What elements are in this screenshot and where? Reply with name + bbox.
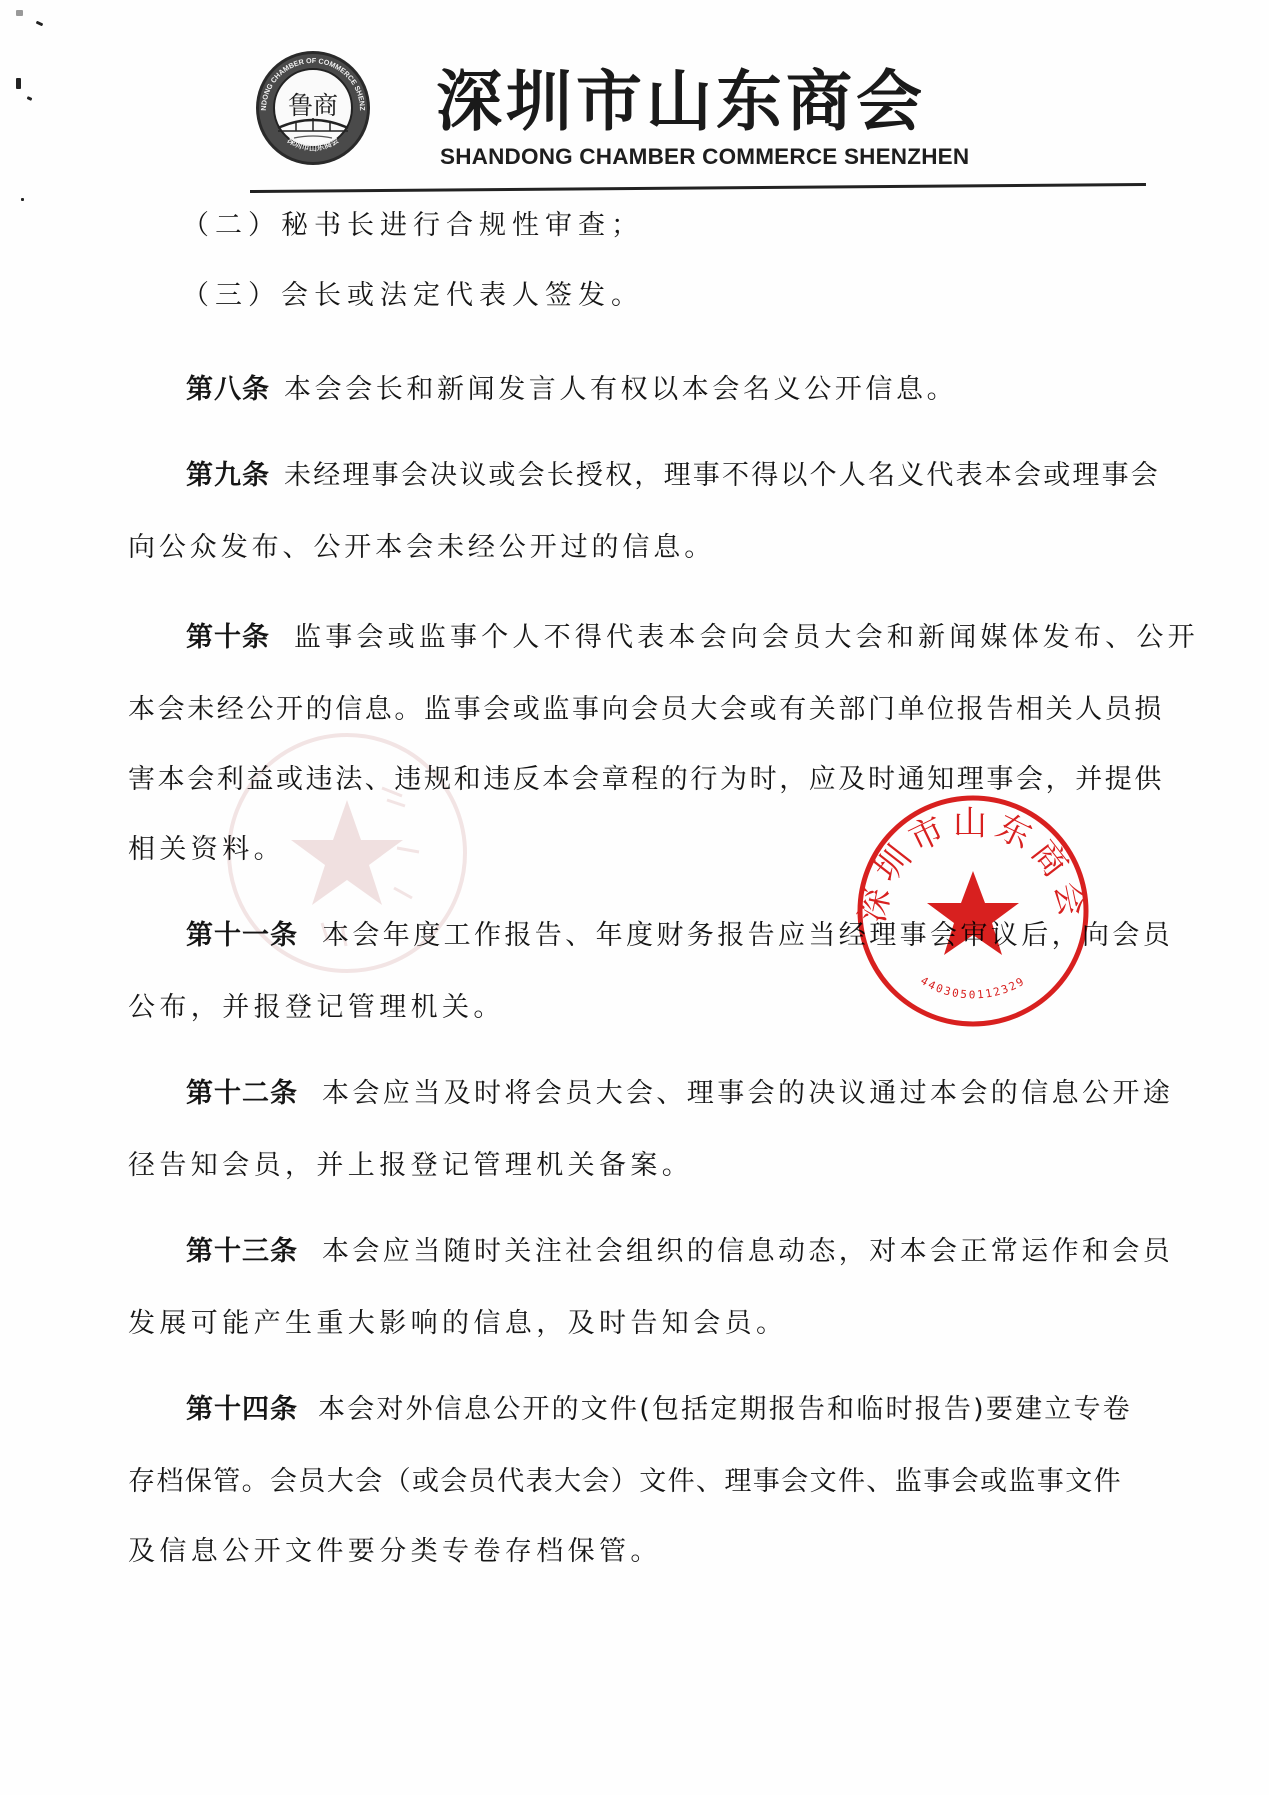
organization-title-en: SHANDONG CHAMBER COMMERCE SHENZHEN	[440, 144, 969, 170]
article-10-continued: 相关资料。	[128, 832, 285, 868]
seal-number: 4403050112329	[918, 974, 1028, 1001]
article-number: 第九条	[186, 460, 270, 491]
article-10-continued: 本会未经公开的信息。监事会或监事向会员大会或有关部门单位报告相关人员损	[128, 692, 1164, 728]
svg-text:鲁商: 鲁商	[288, 91, 338, 120]
list-item: （二）秘书长进行合规性审查；	[182, 208, 644, 244]
article-13: 第十三条本会应当随时关注社会组织的信息动态，对本会正常运作和会员	[186, 1234, 1173, 1270]
article-8: 第八条本会会长和新闻发言人有权以本会名义公开信息。	[186, 372, 957, 408]
article-number: 第十条	[186, 622, 270, 653]
header-divider	[250, 183, 1146, 193]
svg-text:4403050112329: 4403050112329	[918, 974, 1028, 1001]
article-13-continued: 发展可能产生重大影响的信息，及时告知会员。	[128, 1306, 787, 1342]
list-item: （三）会长或法定代表人签发。	[182, 278, 644, 314]
article-number: 第十三条	[186, 1236, 298, 1267]
article-number: 第十四条	[186, 1394, 298, 1425]
scan-speck	[16, 78, 21, 89]
organization-title-cn: 深圳市山东商会	[436, 62, 926, 142]
article-number: 第八条	[186, 374, 270, 405]
article-9-continued: 向公众发布、公开本会未经公开过的信息。	[128, 530, 715, 566]
official-seal: 深圳市山东商会 4403050112329	[855, 793, 1091, 1029]
scan-speck	[27, 96, 33, 101]
article-12: 第十二条本会应当及时将会员大会、理事会的决议通过本会的信息公开途	[186, 1076, 1173, 1112]
article-12-continued: 径告知会员，并上报登记管理机关备案。	[128, 1148, 693, 1184]
scan-speck	[36, 21, 44, 27]
scan-speck	[16, 10, 23, 16]
article-11-continued: 公布，并报登记管理机关。	[128, 990, 505, 1026]
article-14: 第十四条本会对外信息公开的文件(包括定期报告和临时报告)要建立专卷	[186, 1392, 1132, 1428]
article-number: 第十一条	[186, 920, 298, 951]
article-10: 第十条监事会或监事个人不得代表本会向会员大会和新闻媒体发布、公开	[186, 620, 1199, 656]
article-number: 第十二条	[186, 1078, 298, 1109]
chamber-logo: SHANDONG CHAMBER OF COMMERCE SHENZHEN 深圳…	[254, 48, 372, 168]
article-14-continued: 存档保管。会员大会（或会员代表大会）文件、理事会文件、监事会或监事文件	[128, 1464, 1122, 1500]
article-9: 第九条未经理事会决议或会长授权，理事不得以个人名义代表本会或理事会	[186, 458, 1160, 494]
scan-speck	[21, 198, 24, 201]
article-14-continued: 及信息公开文件要分类专卷存档保管。	[128, 1534, 662, 1570]
